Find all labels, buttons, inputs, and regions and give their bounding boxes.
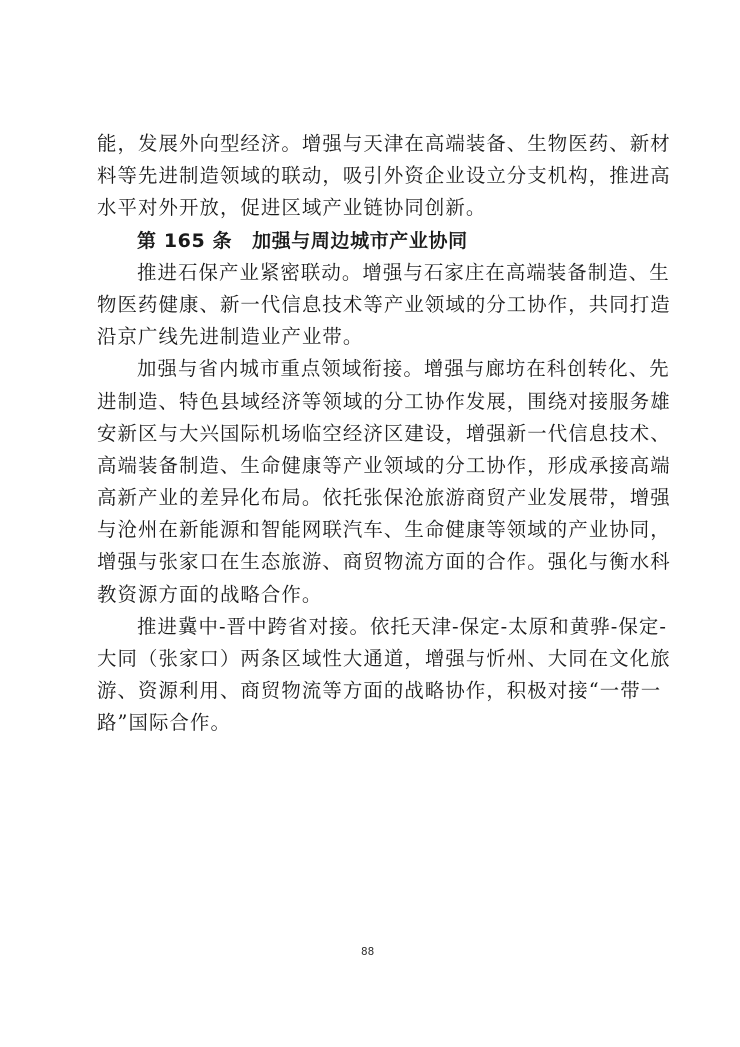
article-title: 加强与周边城市产业协同	[252, 230, 468, 252]
document-page: 能，发展外向型经济。增强与天津在高端装备、生物医药、新材 料等先进制造领域的联动…	[0, 0, 740, 1047]
text-line: 游、资源利用、商贸物流等方面的战略协作，积极对接“一带一	[97, 675, 647, 707]
text-line: 安新区与大兴国际机场临空经济区建设，增强新一代信息技术、	[97, 418, 647, 450]
text-line: 路”国际合作。	[97, 707, 647, 739]
paragraph-jizhong-jinzhong: 推进冀中-晋中跨省对接。依托天津-保定-太原和黄骅-保定- 大同（张家口）两条区…	[97, 611, 647, 740]
text-line: 高端装备制造、生命健康等产业领域的分工协作，形成承接高端	[97, 450, 647, 482]
text-line: 加强与省内城市重点领域衔接。增强与廊坊在科创转化、先	[97, 353, 647, 385]
text-line: 增强与张家口在生态旅游、商贸物流方面的合作。强化与衡水科	[97, 546, 647, 578]
text-line: 料等先进制造领域的联动，吸引外资企业设立分支机构，推进高	[97, 160, 647, 192]
text-line: 与沧州在新能源和智能网联汽车、生命健康等领域的产业协同，	[97, 514, 647, 546]
paragraph-shibao: 推进石保产业紧密联动。增强与石家庄在高端装备制造、生 物医药健康、新一代信息技术…	[97, 257, 647, 354]
text-line: 高新产业的差异化布局。依托张保沧旅游商贸产业发展带，增强	[97, 482, 647, 514]
page-number: 88	[361, 945, 374, 958]
paragraph-province-cities: 加强与省内城市重点领域衔接。增强与廊坊在科创转化、先 进制造、特色县域经济等领域…	[97, 353, 647, 611]
page-body: 能，发展外向型经济。增强与天津在高端装备、生物医药、新材 料等先进制造领域的联动…	[97, 128, 647, 740]
text-line: 推进石保产业紧密联动。增强与石家庄在高端装备制造、生	[97, 257, 647, 289]
text-line: 水平对外开放，促进区域产业链协同创新。	[97, 192, 647, 224]
text-line: 能，发展外向型经济。增强与天津在高端装备、生物医药、新材	[97, 128, 647, 160]
article-number: 第 165 条	[137, 230, 232, 252]
text-line: 沿京广线先进制造业产业带。	[97, 321, 647, 353]
text-line: 大同（张家口）两条区域性大通道，增强与忻州、大同在文化旅	[97, 643, 647, 675]
text-line: 教资源方面的战略合作。	[97, 579, 647, 611]
article-heading: 第 165 条加强与周边城市产业协同	[97, 225, 647, 257]
text-line: 进制造、特色县域经济等领域的分工协作发展，围绕对接服务雄	[97, 386, 647, 418]
text-line: 物医药健康、新一代信息技术等产业领域的分工协作，共同打造	[97, 289, 647, 321]
text-line: 推进冀中-晋中跨省对接。依托天津-保定-太原和黄骅-保定-	[97, 611, 647, 643]
